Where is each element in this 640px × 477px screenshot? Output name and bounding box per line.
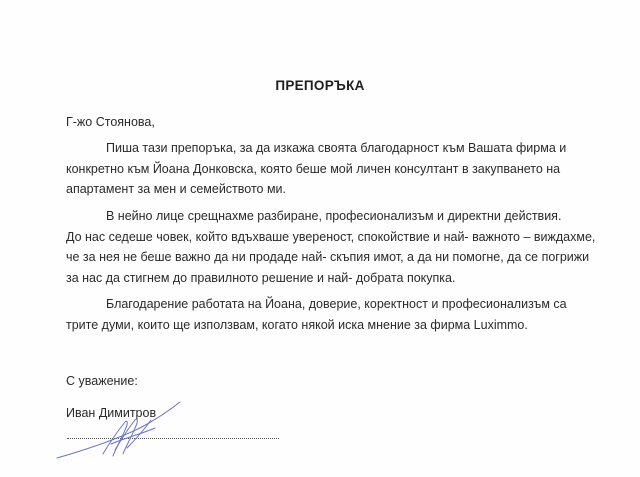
paragraph-1: Пиша тази препоръка, за да изкажа своята… [66, 138, 586, 200]
paragraph-line: че за нея не беше важно да ни продаде на… [66, 247, 586, 268]
paragraph-line: В нейно лице срещнахме разбиране, профес… [66, 206, 586, 227]
letter-title: ПРЕПОРЪКА [0, 78, 640, 93]
paragraph-line: трите думи, които ще използвам, когато н… [66, 315, 586, 336]
paragraph-line: До нас седеше човек, който вдъхваше увер… [66, 227, 586, 248]
paragraph-3: Благодарение работата на Йоана, доверие,… [66, 294, 586, 335]
letter-greeting: Г-жо Стоянова, [66, 115, 155, 129]
paragraph-2: В нейно лице срещнахме разбиране, профес… [66, 206, 586, 288]
paragraph-line: конкретно към Йоана Донковска, която беш… [66, 159, 586, 180]
paragraph-line: Пиша тази препоръка, за да изкажа своята… [66, 138, 586, 159]
paragraph-line: за нас да стигнем до правилното решение … [66, 268, 586, 289]
scanned-letter-page: ПРЕПОРЪКА Г-жо Стоянова, Пиша тази препо… [0, 0, 640, 477]
letter-closing: С уважение: [66, 374, 138, 388]
paragraph-line: Благодарение работата на Йоана, доверие,… [66, 294, 586, 315]
paragraph-line: апартамент за мен и семейството ми. [66, 179, 586, 200]
handwritten-signature-icon [55, 398, 185, 468]
